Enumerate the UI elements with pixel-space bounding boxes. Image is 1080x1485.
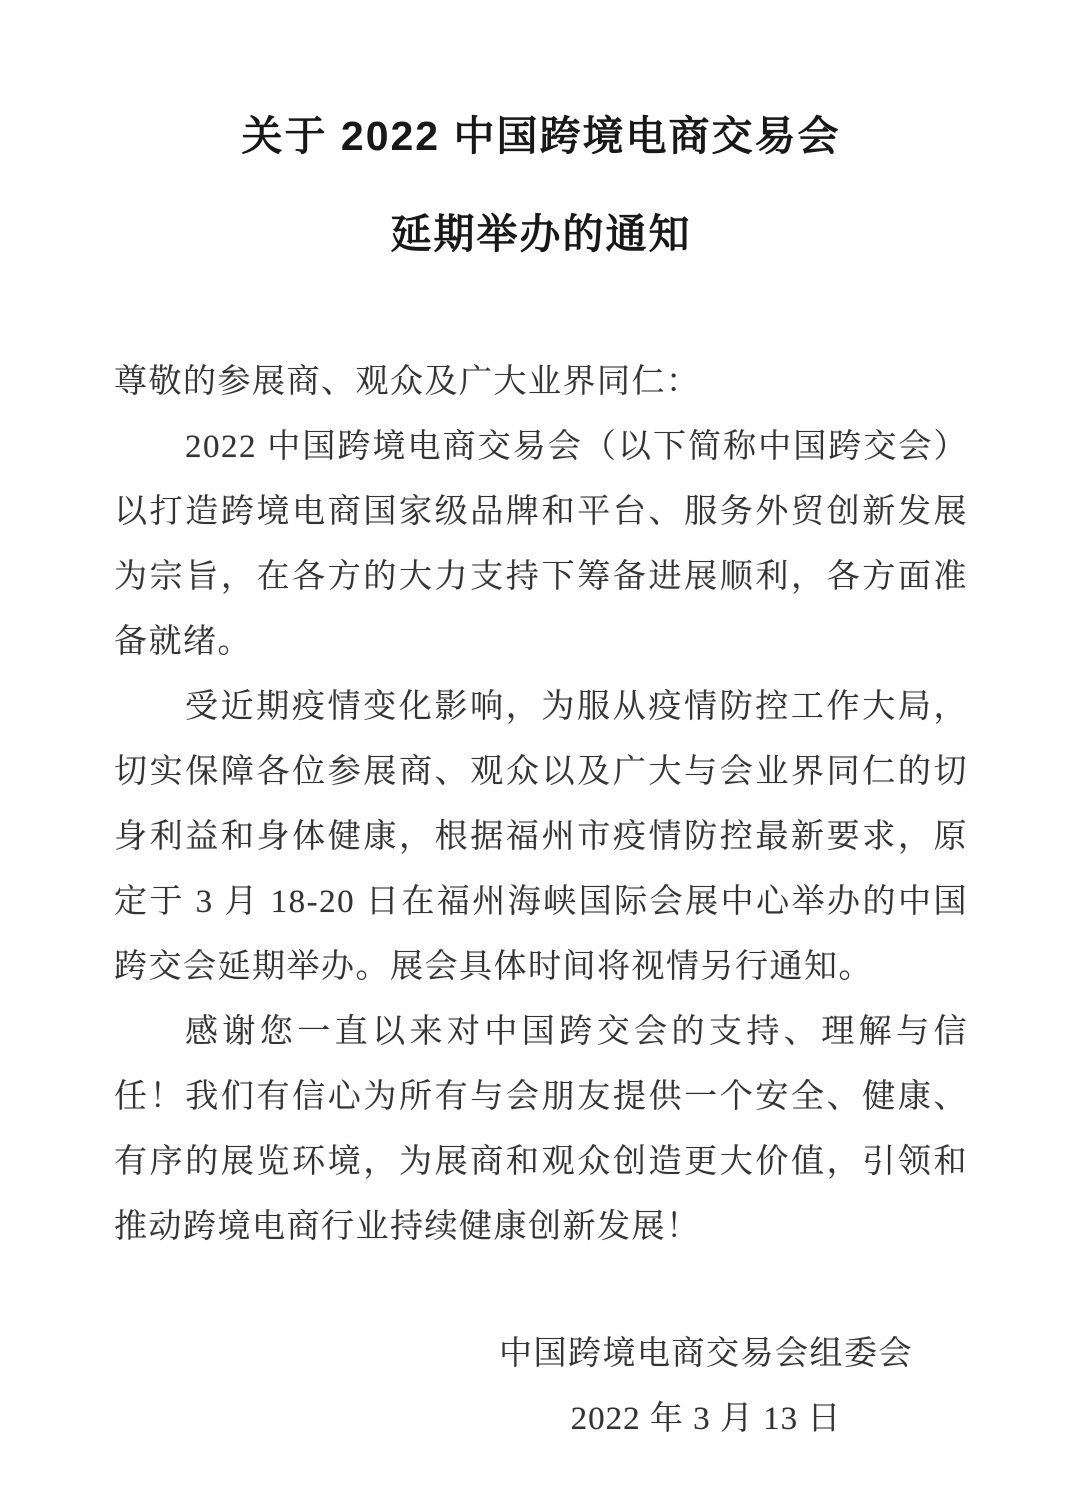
- salutation-line: 尊敬的参展商、观众及广大业界同仁：: [114, 350, 968, 415]
- signature-block: 中国跨境电商交易会组委会 2022 年 3 月 13 日: [444, 1322, 968, 1452]
- signature-date: 2022 年 3 月 13 日: [444, 1387, 968, 1452]
- body-paragraph-3: 感谢您一直以来对中国跨交会的支持、理解与信任！我们有信心为所有与会朋友提供一个安…: [114, 1000, 968, 1260]
- document-title-line-2: 延期举办的通知: [114, 210, 968, 258]
- document-title-line-1: 关于 2022 中国跨境电商交易会: [114, 112, 968, 160]
- notice-document-page: 关于 2022 中国跨境电商交易会 延期举办的通知 尊敬的参展商、观众及广大业界…: [0, 0, 1080, 1485]
- body-paragraph-2: 受近期疫情变化影响，为服从疫情防控工作大局，切实保障各位参展商、观众以及广大与会…: [114, 675, 968, 1000]
- document-body: 尊敬的参展商、观众及广大业界同仁： 2022 中国跨境电商交易会（以下简称中国跨…: [114, 350, 968, 1260]
- body-paragraph-1: 2022 中国跨境电商交易会（以下简称中国跨交会）以打造跨境电商国家级品牌和平台…: [114, 415, 968, 675]
- signature-organization: 中国跨境电商交易会组委会: [444, 1322, 968, 1387]
